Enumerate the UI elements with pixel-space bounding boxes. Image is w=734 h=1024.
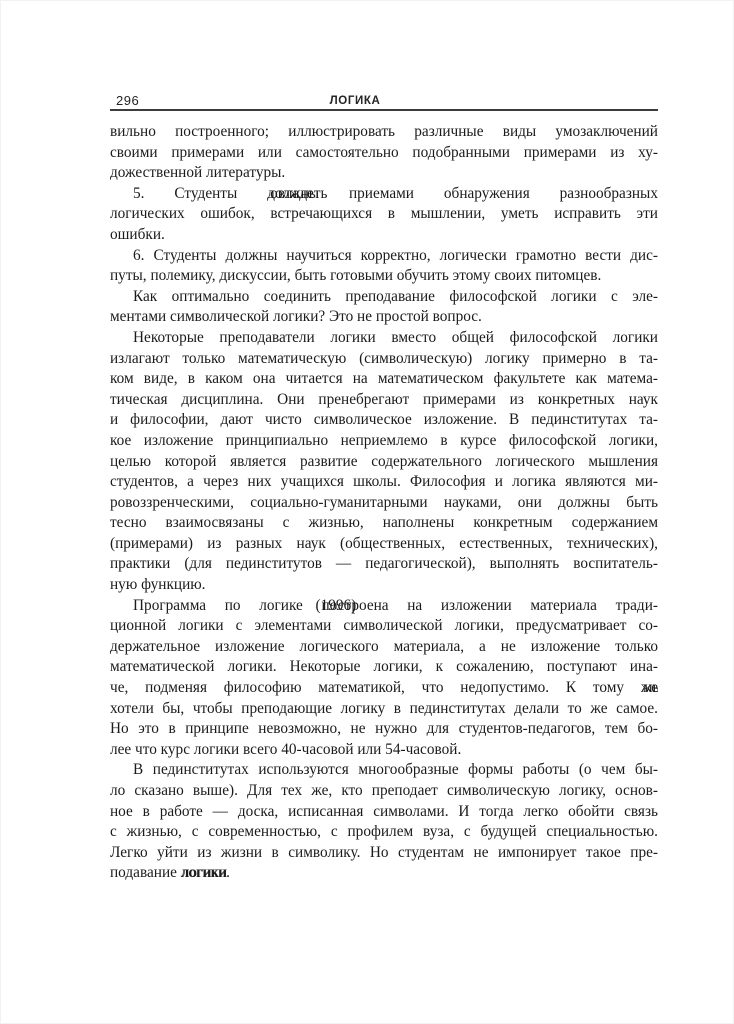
paragraph: 6. Студенты должны научиться корректно, … — [110, 246, 658, 287]
text-line: дожественной литературы. — [110, 163, 658, 184]
paragraph: вильно построенного; иллюстрировать разл… — [110, 122, 658, 184]
text-line: своими примерами или самостоятельно подо… — [110, 143, 658, 164]
paragraph: Как оптимально соединить преподавание фи… — [110, 287, 658, 328]
overprint-overlay: (1996) — [315, 596, 356, 617]
overprinted-word: должныовладеть — [267, 184, 319, 205]
text-line: тесно взаимосвязаны с жизнью, наполнены … — [110, 513, 658, 534]
text-line: кое изложение принципиально неприемлемо … — [110, 431, 658, 452]
text-line: че, подменяя философию математикой, что … — [110, 678, 658, 699]
text-line: математической логики. Некоторые логики,… — [110, 657, 658, 678]
text-line: ровоззренческими, социально-гуманитарным… — [110, 493, 658, 514]
text-line: целью которой является развитие содержат… — [110, 452, 658, 473]
running-head: 296 ЛОГИКА — [110, 88, 658, 111]
overprinted-word: жемы — [641, 678, 658, 699]
text-line: с жизнью, с современностью, с профилем в… — [110, 822, 658, 843]
overprinted-word: построена(1996) — [321, 596, 388, 617]
text-line: Программа по логике построена(1996) на и… — [110, 596, 658, 617]
text-line: ную функцию. — [110, 575, 658, 596]
text-line: логических ошибок, встречающихся в мышле… — [110, 204, 658, 225]
paragraph: Программа по логике построена(1996) на и… — [110, 596, 658, 761]
text-line: практики (для пединститутов — педагогиче… — [110, 554, 658, 575]
text-line: излагают только математическую (символич… — [110, 349, 658, 370]
text-line: 6. Студенты должны научиться корректно, … — [110, 246, 658, 267]
scanned-book-page: 296 ЛОГИКА вильно построенного; иллюстри… — [0, 0, 734, 1024]
text-line: ком виде, в каком она читается на матема… — [110, 369, 658, 390]
text-line: лее что курс логики всего 40-часовой или… — [110, 740, 658, 761]
paragraph: Некоторые преподаватели логики вместо об… — [110, 328, 658, 596]
text-line: ментами символической логики? Это не про… — [110, 307, 658, 328]
text-line: хотели бы, чтобы преподающие логику в пе… — [110, 699, 658, 720]
text-line: Некоторые преподаватели логики вместо об… — [110, 328, 658, 349]
text-line: студентов, а через них учащихся школы. Ф… — [110, 472, 658, 493]
text-line: ло сказано выше). Для тех же, кто препод… — [110, 781, 658, 802]
text-line: держательное изложение логического матер… — [110, 637, 658, 658]
text-line: тическая дисциплина. Они пренебрегают пр… — [110, 390, 658, 411]
text-line: и философии, дают чисто символическое из… — [110, 410, 658, 431]
text-line: (примерами) из разных наук (общественных… — [110, 534, 658, 555]
paragraph: В пединститутах используются многообразн… — [110, 760, 658, 884]
overprint-overlay: мы — [643, 678, 658, 699]
text-line: путы, полемику, дискуссии, быть готовыми… — [110, 266, 658, 287]
text-line: подавание логикилогики. — [110, 863, 658, 884]
text-line: Но это в принципе невозможно, не нужно д… — [110, 719, 658, 740]
paragraph: 5. Студенты должныовладеть приемами обна… — [110, 184, 658, 246]
overprinted-word: логикилогики — [181, 863, 226, 884]
overprint-overlay: логики — [182, 863, 227, 884]
text-line: В пединститутах используются многообразн… — [110, 760, 658, 781]
text-line: Легко уйти из жизни в символику. Но студ… — [110, 843, 658, 864]
page-body: вильно построенного; иллюстрировать разл… — [110, 122, 658, 884]
text-line: Как оптимально соединить преподавание фи… — [110, 287, 658, 308]
text-line: 5. Студенты должныовладеть приемами обна… — [110, 184, 658, 205]
overprint-overlay: овладеть — [270, 184, 327, 205]
text-line: ное в работе — доска, исписанная символа… — [110, 802, 658, 823]
text-line: ционной логики с элементами символическо… — [110, 616, 658, 637]
text-line: вильно построенного; иллюстрировать разл… — [110, 122, 658, 143]
running-head-title: ЛОГИКА — [110, 95, 600, 107]
text-line: ошибки. — [110, 225, 658, 246]
